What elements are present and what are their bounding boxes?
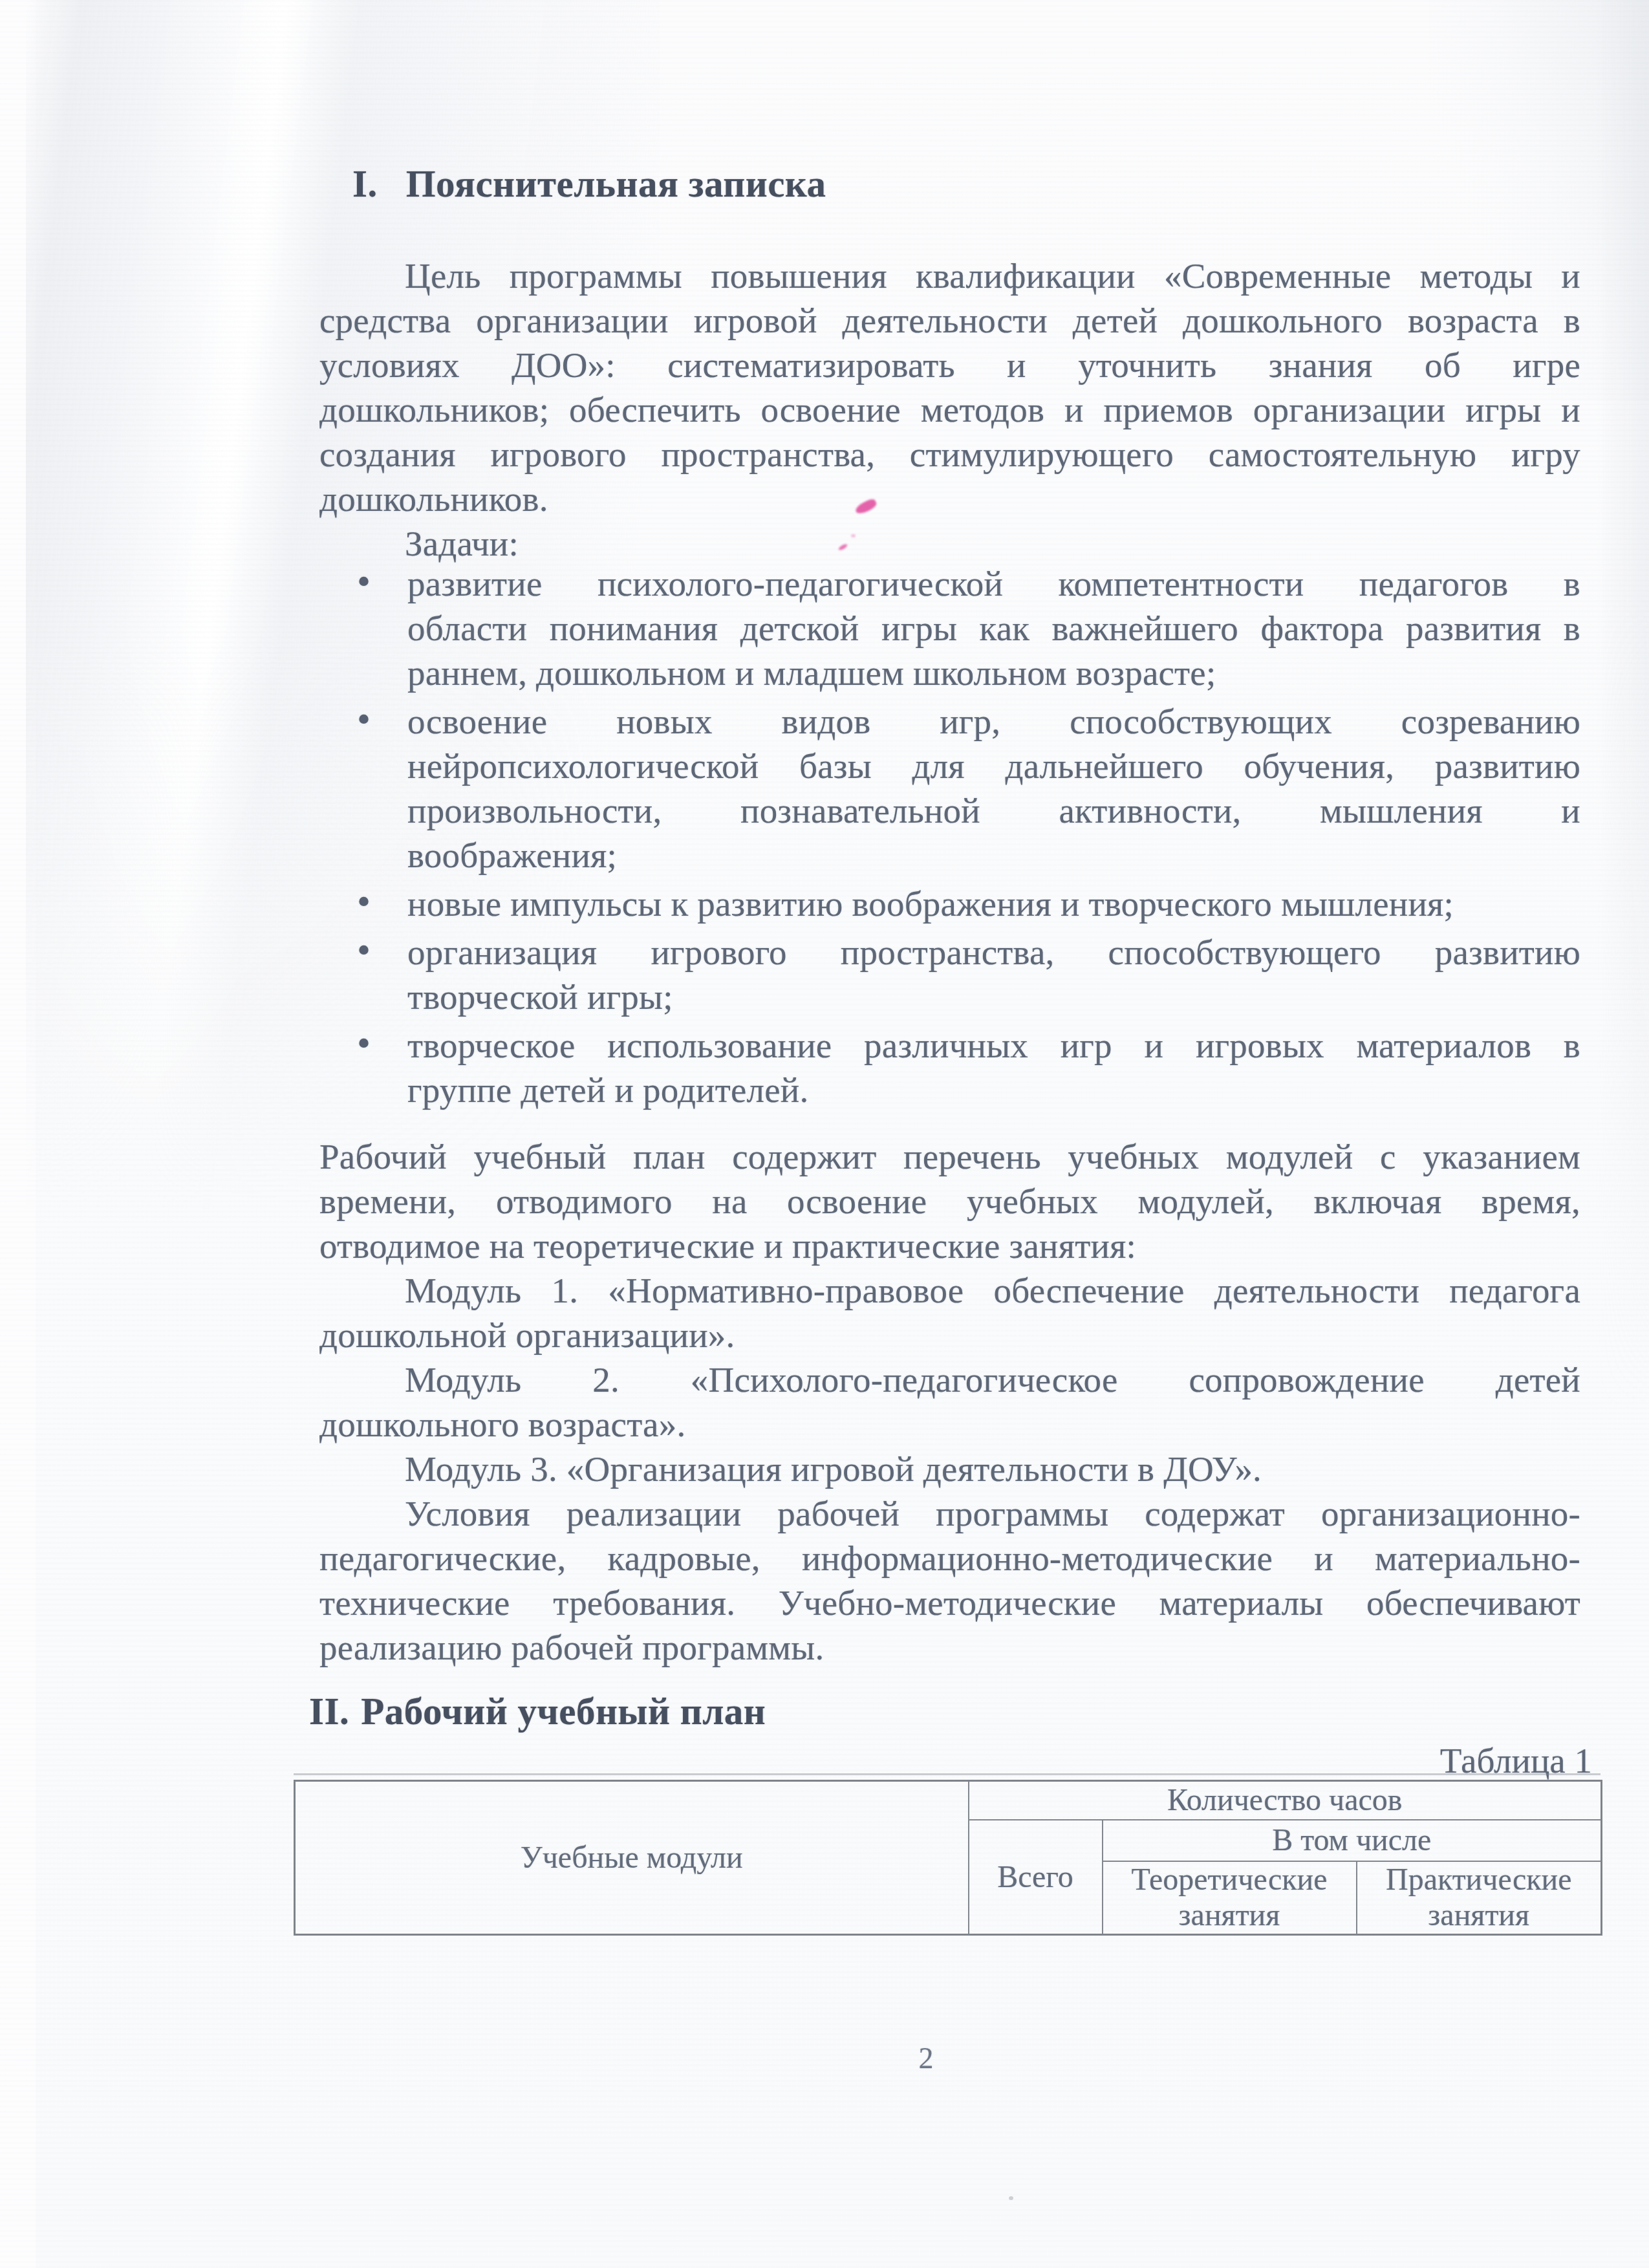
table-header-modules: Учебные модули xyxy=(295,1781,969,1935)
task-list-item: организация игрового пространства, спосо… xyxy=(407,930,1580,1019)
table-header-row-1: Учебные модули Количество часов xyxy=(295,1781,1602,1820)
text-line: дошкольников. xyxy=(319,477,1580,521)
text-line: Задачи: xyxy=(319,521,1580,566)
table-caption: Таблица 1 xyxy=(319,1738,1592,1783)
tasks-label: Задачи: xyxy=(319,521,1580,566)
module2-paragraph: Модуль 2. «Психолого-педагогическое сопр… xyxy=(319,1357,1580,1447)
text-line: реализацию рабочей программы. xyxy=(319,1625,1580,1670)
text-line: развитие психолого-педагогической компет… xyxy=(407,561,1580,606)
section2-heading-numeral: II. xyxy=(309,1690,349,1733)
plan-paragraph: Рабочий учебный план содержит перечень у… xyxy=(319,1134,1580,1268)
text-line: дошкольной организации». xyxy=(319,1313,1580,1357)
task-list-item: новые импульсы к развитию воображения и … xyxy=(407,881,1580,926)
table-header-including: В том числе xyxy=(1103,1820,1602,1861)
module3-paragraph: Модуль 3. «Организация игровой деятельно… xyxy=(319,1447,1580,1491)
intro-paragraph: Цель программы повышения квалификации «С… xyxy=(319,254,1580,521)
text-line: Условия реализации рабочей программы сод… xyxy=(319,1491,1580,1536)
text-line: области понимания детской игры как важне… xyxy=(407,606,1580,651)
section1-heading: I.Пояснительная записка xyxy=(352,162,826,206)
text-line: творческой игры; xyxy=(407,975,1580,1019)
curriculum-table: Учебные модули Количество часов Всего В … xyxy=(294,1780,1602,1936)
text-line: Модуль 2. «Психолого-педагогическое сопр… xyxy=(319,1357,1580,1402)
section1-heading-numeral: I. xyxy=(352,162,378,205)
table-top-border-ghost-artifact xyxy=(294,1773,1600,1775)
scanned-document-page: I.Пояснительная записка Цель программы п… xyxy=(0,0,1649,2268)
text-line: нейропсихологической базы для дальнейшег… xyxy=(407,744,1580,788)
section2-heading: II.Рабочий учебный план xyxy=(309,1689,766,1734)
plan-section-text: Рабочий учебный план содержит перечень у… xyxy=(319,1134,1580,1670)
section1-heading-title: Пояснительная записка xyxy=(406,162,826,205)
text-line: Модуль 3. «Организация игровой деятельно… xyxy=(319,1447,1580,1491)
table-header-hours: Количество часов xyxy=(969,1781,1602,1820)
text-line: творческое использование различных игр и… xyxy=(407,1023,1580,1068)
text-line: средства организации игровой деятельност… xyxy=(319,298,1580,343)
text-line: Цель программы повышения квалификации «С… xyxy=(319,254,1580,298)
scan-left-margin-artifact xyxy=(0,0,36,2268)
text-line: произвольности, познавательной активност… xyxy=(407,788,1580,833)
table-header-theory: Теоретические занятия xyxy=(1103,1861,1357,1935)
module1-paragraph: Модуль 1. «Нормативно-правовое обеспечен… xyxy=(319,1268,1580,1357)
text-line: группе детей и родителей. xyxy=(407,1068,1580,1112)
section2-heading-title: Рабочий учебный план xyxy=(361,1690,766,1733)
text-line: педагогические, кадровые, информационно-… xyxy=(319,1536,1580,1581)
table-header-practice: Практические занятия xyxy=(1357,1861,1602,1935)
scan-dot-artifact xyxy=(1009,2196,1013,2200)
scan-right-edge-shadow-artifact xyxy=(1588,0,1649,1487)
task-list-item: творческое использование различных игр и… xyxy=(407,1023,1580,1112)
page-number: 2 xyxy=(907,2041,945,2075)
text-line: новые импульсы к развитию воображения и … xyxy=(407,881,1580,926)
task-list-item: освоение новых видов игр, способствующих… xyxy=(407,699,1580,878)
text-line: дошкольного возраста». xyxy=(319,1402,1580,1447)
task-list-item: развитие психолого-педагогической компет… xyxy=(407,561,1580,695)
text-line: Рабочий учебный план содержит перечень у… xyxy=(319,1134,1580,1179)
text-line: создания игрового пространства, стимулир… xyxy=(319,432,1580,477)
text-line: отводимое на теоретические и практически… xyxy=(319,1224,1580,1268)
text-line: Модуль 1. «Нормативно-правовое обеспечен… xyxy=(319,1268,1580,1313)
text-line: времени, отводимого на освоение учебных … xyxy=(319,1179,1580,1224)
text-line: освоение новых видов игр, способствующих… xyxy=(407,699,1580,744)
text-line: воображения; xyxy=(407,833,1580,878)
text-line: раннем, дошкольном и младшем школьном во… xyxy=(407,651,1580,695)
text-line: условиях ДОО»: систематизировать и уточн… xyxy=(319,343,1580,387)
table-header-total: Всего xyxy=(969,1820,1103,1935)
conditions-paragraph: Условия реализации рабочей программы сод… xyxy=(319,1491,1580,1670)
tasks-bullet-list: развитие психолого-педагогической компет… xyxy=(407,561,1580,1116)
text-line: организация игрового пространства, спосо… xyxy=(407,930,1580,975)
text-line: дошкольников; обеспечить освоение методо… xyxy=(319,387,1580,432)
pink-ink-speck-faint xyxy=(851,534,856,537)
text-line: технические требования. Учебно-методичес… xyxy=(319,1581,1580,1625)
